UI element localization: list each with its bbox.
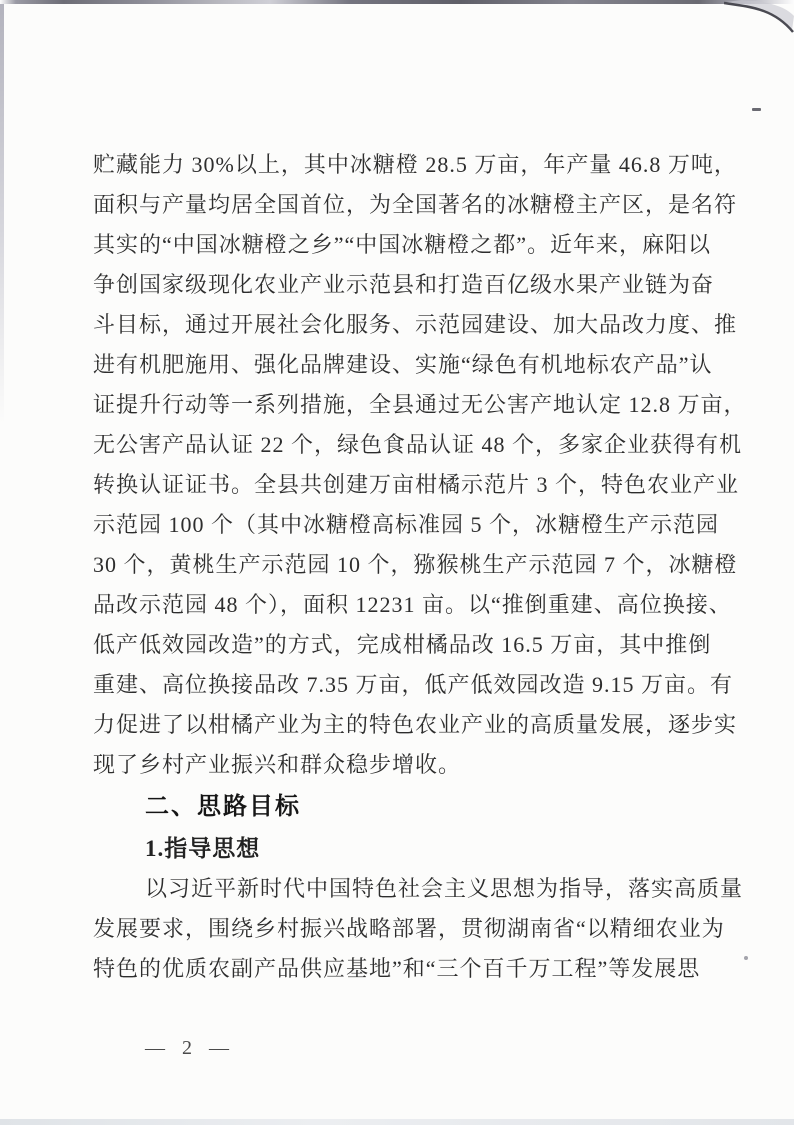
body-line: 以习近平新时代中国特色社会主义思想为指导，落实高质量: [93, 869, 733, 909]
body-line: 贮藏能力 30%以上，其中冰糖橙 28.5 万亩，年产量 46.8 万吨，: [93, 145, 733, 185]
body-line: 30 个，黄桃生产示范园 10 个，猕猴桃生产示范园 7 个，冰糖橙: [93, 545, 733, 585]
body-line: 无公害产品认证 22 个，绿色食品认证 48 个，多家企业获得有机: [93, 425, 733, 465]
body-line: 斗目标，通过开展社会化服务、示范园建设、加大品改力度、推: [93, 305, 733, 345]
body-line: 争创国家级现化农业产业示范县和打造百亿级水果产业链为奋: [93, 265, 733, 305]
scan-artifact-top-edge: [0, 0, 794, 4]
scan-artifact-dash: [752, 108, 761, 111]
body-line: 其实的“中国冰糖橙之乡”“中国冰糖橙之都”。近年来，麻阳以: [93, 225, 733, 265]
scan-artifact-bottom-strip: [0, 1119, 794, 1125]
corner-curl-graphic: [724, 0, 794, 34]
paragraph-carryover: 贮藏能力 30%以上，其中冰糖橙 28.5 万亩，年产量 46.8 万吨， 面积…: [93, 145, 733, 785]
body-line: 力促进了以柑橘产业为主的特色农业产业的高质量发展，逐步实: [93, 705, 733, 745]
page-number: — 2 —: [145, 1034, 235, 1062]
scan-artifact-corner-curl: [724, 0, 794, 34]
body-line: 证提升行动等一系列措施，全县通过无公害产地认定 12.8 万亩，: [93, 385, 733, 425]
body-line: 特色的优质农副产品供应基地”和“三个百千万工程”等发展思: [93, 949, 733, 989]
paragraph-guiding-thought: 以习近平新时代中国特色社会主义思想为指导，落实高质量 发展要求，围绕乡村振兴战略…: [93, 869, 733, 989]
section-heading: 二、思路目标: [145, 787, 301, 827]
body-line: 进有机肥施用、强化品牌建设、实施“绿色有机地标农产品”认: [93, 345, 733, 385]
document-page: 贮藏能力 30%以上，其中冰糖橙 28.5 万亩，年产量 46.8 万吨， 面积…: [0, 0, 794, 1125]
body-line: 发展要求，围绕乡村振兴战略部署，贯彻湖南省“以精细农业为: [93, 909, 733, 949]
body-line: 重建、高位换接品改 7.35 万亩，低产低效园改造 9.15 万亩。有: [93, 665, 733, 705]
scan-artifact-left-edge: [0, 4, 4, 424]
body-line: 转换认证证书。全县共创建万亩柑橘示范片 3 个，特色农业产业: [93, 465, 733, 505]
body-line: 低产低效园改造”的方式，完成柑橘品改 16.5 万亩，其中推倒: [93, 625, 733, 665]
body-line: 品改示范园 48 个），面积 12231 亩。以“推倒重建、高位换接、: [93, 585, 733, 625]
subsection-heading: 1.指导思想: [145, 829, 260, 869]
scan-artifact-dot: [744, 956, 748, 960]
body-line: 现了乡村产业振兴和群众稳步增收。: [93, 745, 733, 785]
body-line: 示范园 100 个（其中冰糖橙高标准园 5 个，冰糖橙生产示范园: [93, 505, 733, 545]
body-line: 面积与产量均居全国首位，为全国著名的冰糖橙主产区，是名符: [93, 185, 733, 225]
